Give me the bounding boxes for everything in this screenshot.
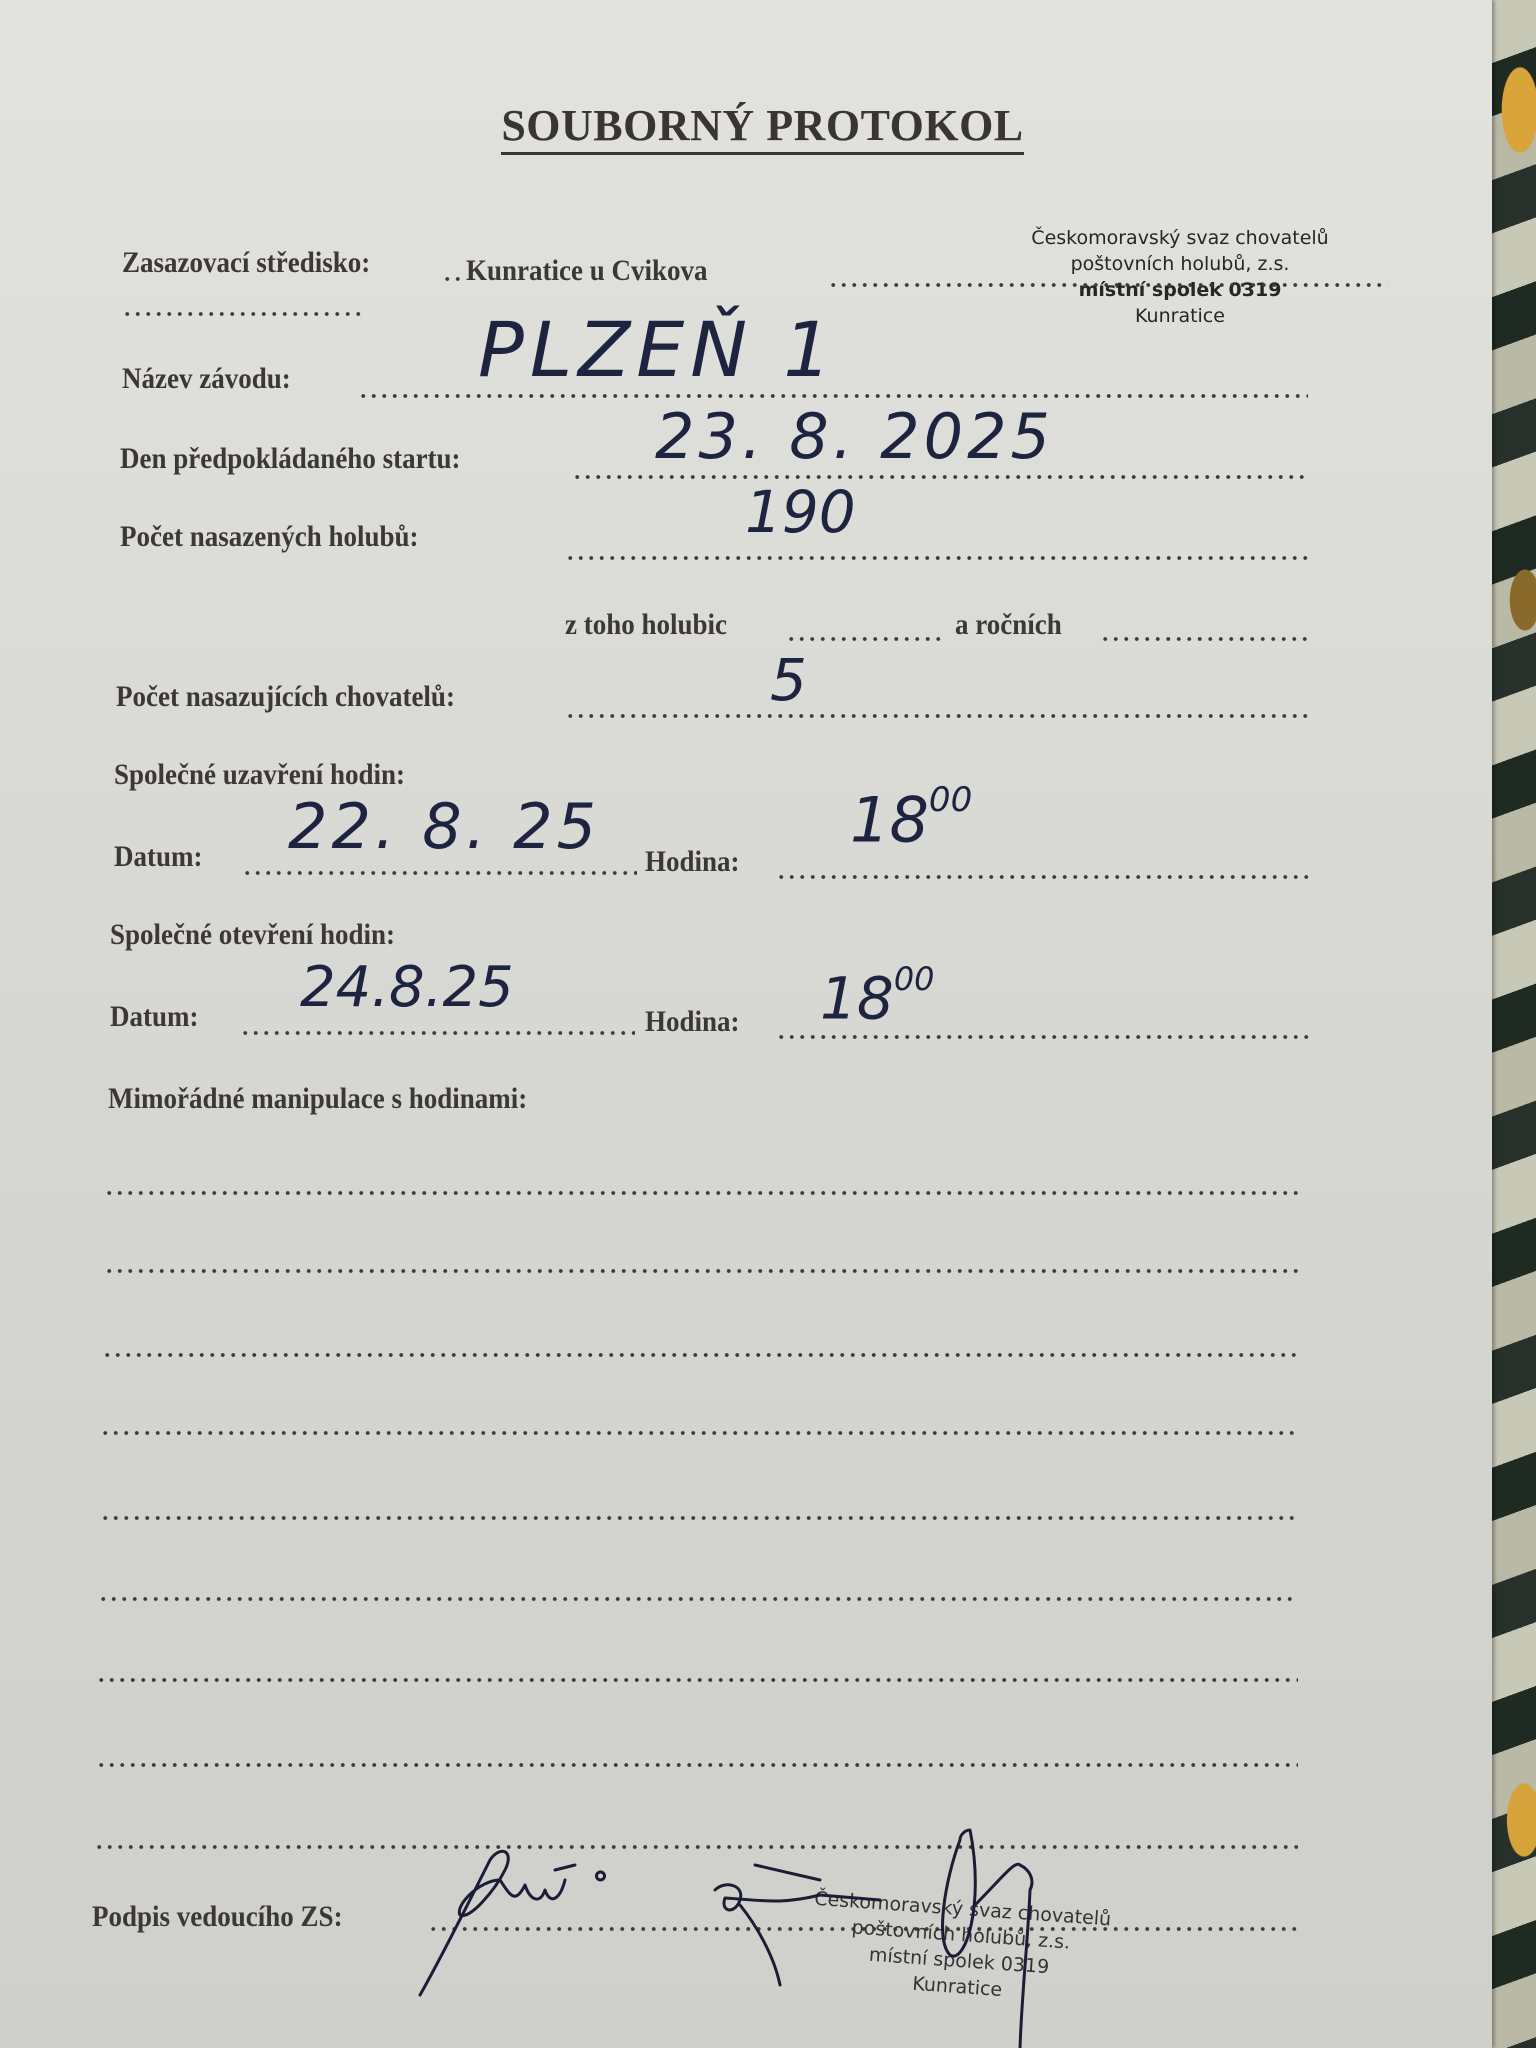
hens-dotted-field[interactable] [786, 636, 946, 642]
start-date-label: Den předpokládaného startu: [120, 442, 461, 476]
dotted-line [240, 1030, 635, 1036]
signature-label: Podpis vedoucího ZS: [92, 1900, 343, 1934]
center-label: Zasazovací středisko: [122, 246, 370, 280]
opening-date-value[interactable]: 24.8.25 [300, 955, 514, 1020]
dotted-line [776, 874, 1310, 880]
closing-heading: Společné uzavření hodin: [114, 758, 405, 792]
extraordinary-line-6[interactable] [98, 1596, 1298, 1602]
closing-date-label: Datum: [114, 840, 202, 874]
extraordinary-line-8[interactable] [96, 1762, 1298, 1768]
breeders-count-value[interactable]: 5 [770, 646, 807, 714]
dotted-line [242, 870, 637, 876]
race-name-value[interactable]: PLZEŇ 1 [478, 305, 838, 394]
closing-date-value[interactable]: 22. 8. 25 [288, 790, 600, 863]
pigeons-count-label: Počet nasazených holubů: [120, 520, 419, 554]
stamp-line: Českomoravský svaz chovatelů [1020, 225, 1340, 251]
closing-time-minutes: 00 [929, 780, 972, 820]
center-value: Kunratice u Cvikova [466, 254, 708, 288]
opening-time-label: Hodina: [645, 1005, 740, 1039]
extraordinary-line-5[interactable] [100, 1515, 1298, 1521]
dotted-line [828, 282, 1388, 288]
extraordinary-line-9[interactable] [94, 1844, 1298, 1850]
extraordinary-line-1[interactable] [104, 1190, 1299, 1196]
start-date-value[interactable]: 23. 8. 2025 [655, 400, 1054, 473]
extraordinary-line-4[interactable] [100, 1430, 1298, 1436]
extraordinary-line-7[interactable] [96, 1677, 1298, 1683]
opening-time-value[interactable]: 1800 [820, 960, 934, 1033]
opening-time-hours: 18 [820, 965, 894, 1033]
association-stamp-bottom: Českomoravský svaz chovatelů poštovních … [787, 1884, 1133, 2011]
of-which-hens-label: z toho holubic [565, 608, 727, 642]
extraordinary-heading: Mimořádné manipulace s hodinami: [108, 1082, 527, 1116]
race-name-label: Název závodu: [122, 362, 291, 396]
document-title: SOUBORNÝ PROTOKOL [0, 100, 1525, 151]
extraordinary-line-3[interactable] [102, 1352, 1298, 1358]
yearlings-dotted-field[interactable] [1100, 636, 1308, 642]
closing-time-value[interactable]: 1800 [850, 780, 972, 857]
extraordinary-line-2[interactable] [104, 1268, 1299, 1274]
dotted-line [565, 555, 1310, 561]
stamp-line: Kunratice [1020, 303, 1340, 329]
opening-heading: Společné otevření hodin: [110, 918, 395, 952]
stamp-line: poštovních holubů, z.s. [1020, 251, 1340, 277]
stamp-line: místní spolek 0319 [1020, 277, 1340, 303]
opening-date-label: Datum: [110, 1000, 198, 1034]
dotted-line [565, 713, 1310, 719]
closing-time-label: Hodina: [645, 845, 740, 879]
dotted-line [572, 474, 1308, 480]
dotted-line [122, 311, 362, 317]
protocol-sheet: SOUBORNÝ PROTOKOL Českomoravský svaz cho… [0, 0, 1492, 2048]
association-stamp-top: Českomoravský svaz chovatelů poštovních … [1020, 225, 1340, 329]
closing-time-hours: 18 [850, 784, 929, 857]
dotted-line [776, 1034, 1310, 1040]
and-yearlings-label: a ročních [955, 608, 1062, 642]
background-tablecloth [1490, 0, 1536, 2048]
dotted-line [442, 276, 464, 282]
opening-time-minutes: 00 [894, 960, 935, 998]
breeders-count-label: Počet nasazujících chovatelů: [116, 680, 455, 714]
pigeons-count-value[interactable]: 190 [745, 478, 856, 546]
